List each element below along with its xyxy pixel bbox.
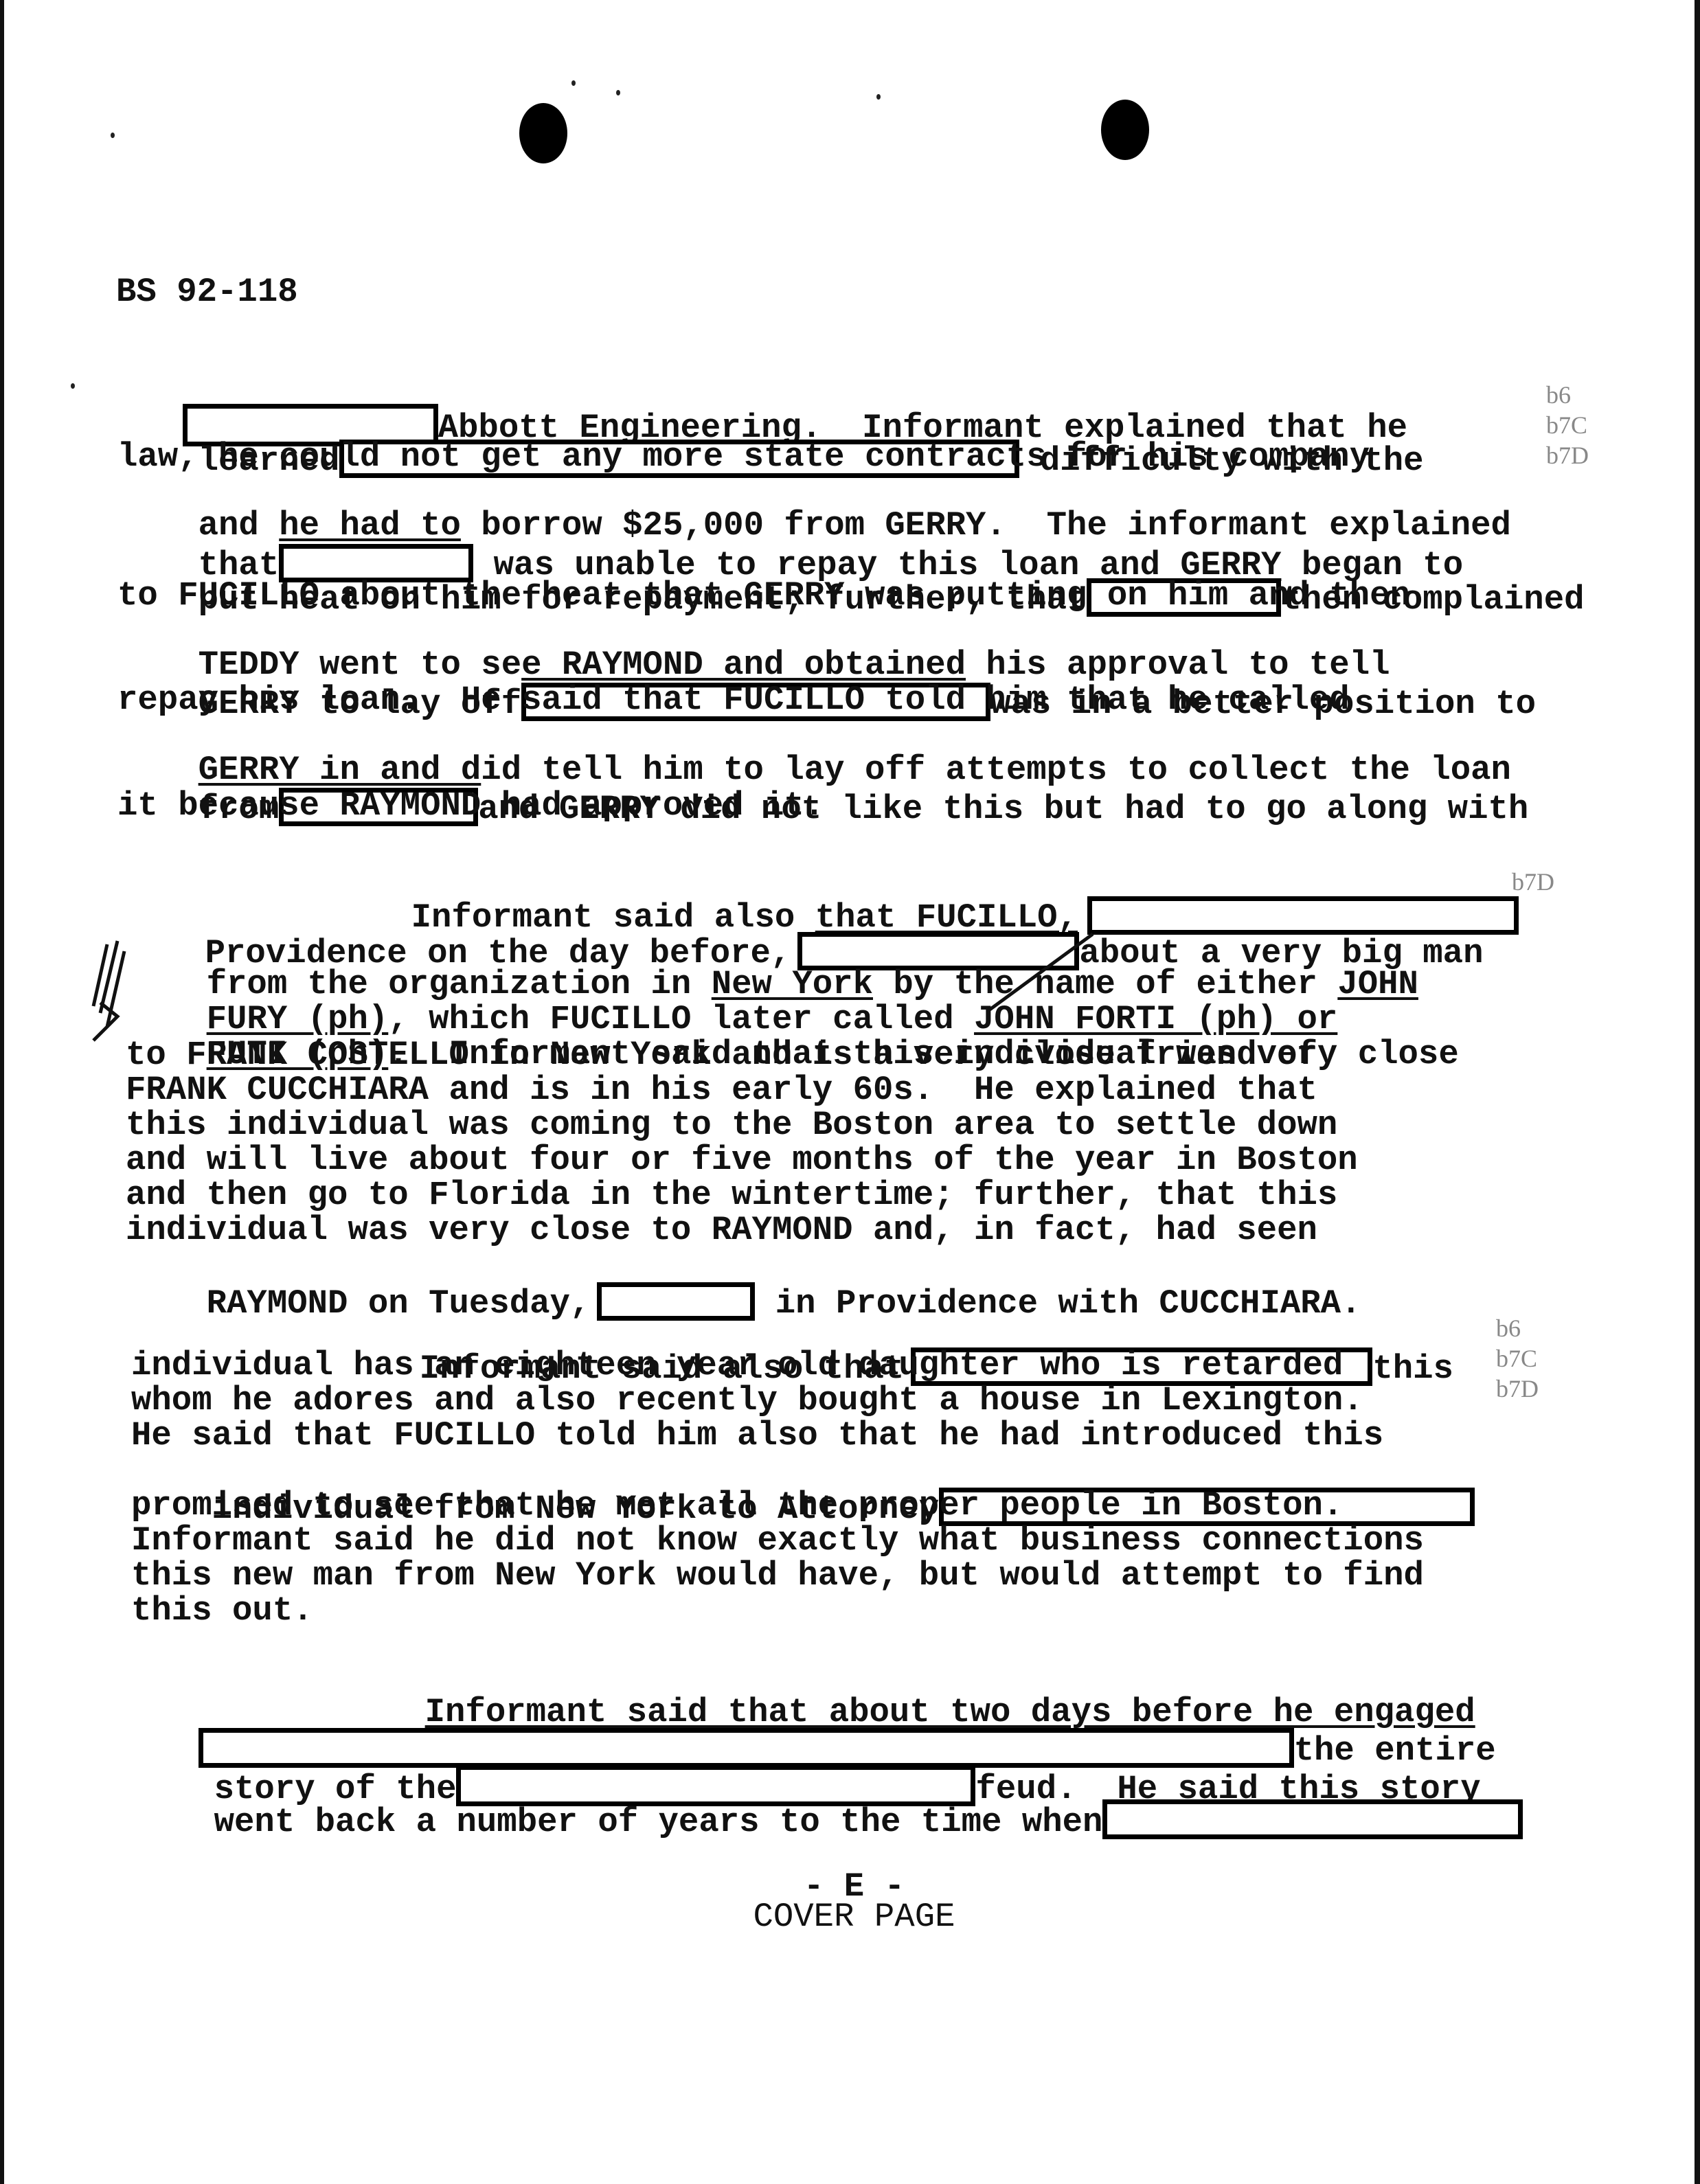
handwritten-annotation <box>87 931 155 1047</box>
punch-hole-left <box>519 103 567 163</box>
para3-line8: this new man from New York would have, b… <box>131 1558 1424 1593</box>
para3-line4: He said that FUCILLO told him also that … <box>131 1418 1383 1453</box>
document-page: BS 92-118 Abbott Engineering. Informant … <box>0 0 1700 2184</box>
para3-line2: individual has an eighteen year old daug… <box>131 1348 1343 1383</box>
para1-line13: it because RAYMOND had approved it. <box>117 788 824 823</box>
scan-speck <box>616 90 620 95</box>
scan-speck <box>876 94 881 100</box>
para2-line9: and will live about four or five months … <box>126 1143 1358 1177</box>
para2-line6: to FRANK COSTELLO in New York and is a v… <box>126 1038 1317 1072</box>
para3-line7: Informant said he did not know exactly w… <box>131 1523 1424 1558</box>
para2-line7: FRANK CUCCHIARA and is in his early 60s.… <box>126 1073 1317 1107</box>
exemption-code: b6 <box>1496 1313 1521 1343</box>
exemption-code: b6 <box>1546 380 1571 410</box>
para4-line4: went back a number of years to the time … <box>133 1765 1523 1874</box>
scan-speck <box>571 80 576 86</box>
para2-line8: this individual was coming to the Boston… <box>126 1108 1337 1142</box>
para1-line7: to FUCILLO about the heat that GERRY was… <box>117 578 1410 613</box>
scan-speck <box>71 383 75 389</box>
page-label: COVER PAGE <box>4 1900 1700 1934</box>
exemption-code: b7D <box>1512 867 1554 897</box>
file-number: BS 92-118 <box>116 275 298 309</box>
scan-speck <box>111 133 115 138</box>
exemption-code: b7C <box>1546 410 1587 440</box>
para2-line11: individual was very close to RAYMOND and… <box>126 1213 1317 1247</box>
para1-line10: repay his loan. He said that FUCILLO tol… <box>117 683 1350 717</box>
redaction-box <box>1102 1799 1523 1839</box>
para3-line3: whom he adores and also recently bought … <box>131 1383 1363 1418</box>
exemption-code: b7C <box>1496 1343 1537 1374</box>
para2-line10: and then go to Florida in the wintertime… <box>126 1178 1337 1212</box>
para3-line6: promised to see that he met all the prop… <box>131 1488 1343 1523</box>
exemption-code: b7D <box>1546 440 1589 470</box>
para3-line9: this out. <box>131 1593 313 1628</box>
para1-line3: law, he could not get any more state con… <box>117 440 1370 474</box>
punch-hole-right <box>1101 100 1149 160</box>
handwritten-stroke <box>976 927 1100 1016</box>
exemption-code: b7D <box>1496 1374 1539 1404</box>
